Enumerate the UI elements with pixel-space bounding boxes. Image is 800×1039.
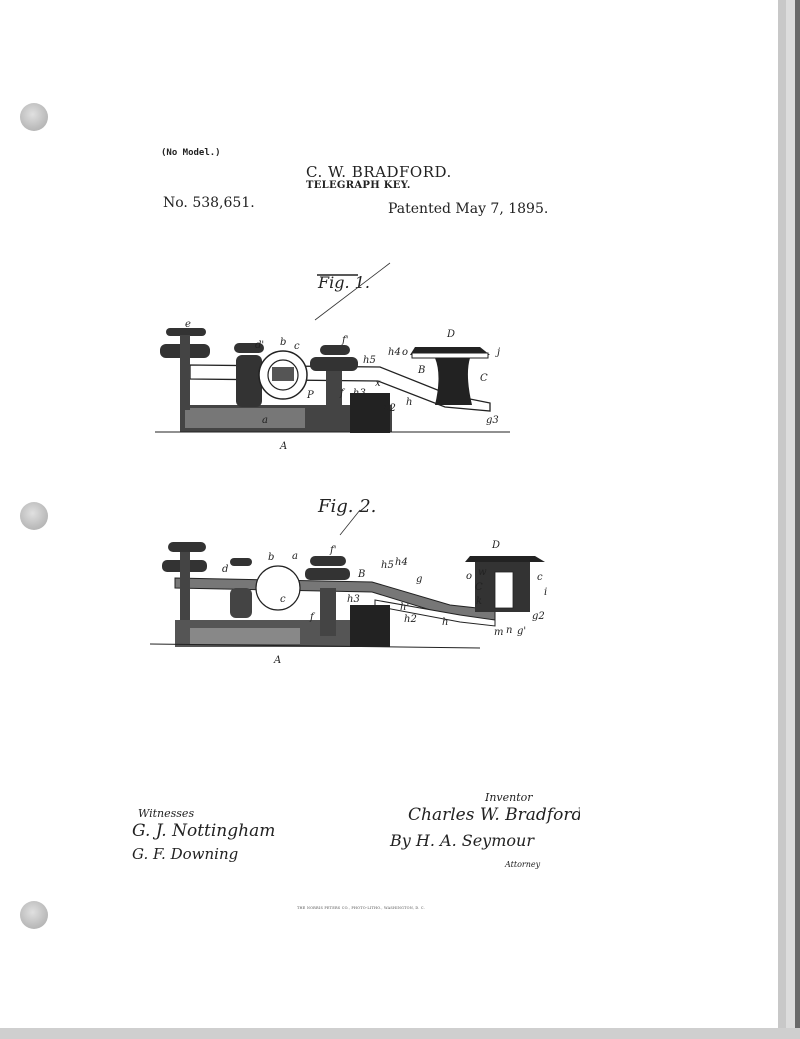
svg-text:h: h xyxy=(406,397,412,408)
inventor-signature: Charles W. Bradford xyxy=(408,805,580,825)
svg-text:m: m xyxy=(494,627,503,638)
page-bottom-edge xyxy=(0,1028,800,1039)
svg-text:g: g xyxy=(416,574,422,585)
binder-hole-bottom xyxy=(20,901,48,929)
svg-text:Fig. 1.: Fig. 1. xyxy=(317,273,370,292)
inventor-name: C. W. BRADFORD. xyxy=(306,163,452,181)
binder-hole-middle xyxy=(20,502,48,530)
svg-text:h2: h2 xyxy=(404,614,417,625)
svg-text:h2: h2 xyxy=(383,403,396,414)
patent-title: TELEGRAPH KEY. xyxy=(306,180,411,191)
svg-text:e: e xyxy=(185,319,191,330)
svg-text:g3: g3 xyxy=(486,415,499,426)
svg-text:c: c xyxy=(537,572,543,583)
svg-text:j: j xyxy=(495,347,500,358)
svg-text:A: A xyxy=(279,441,287,452)
figure-2-drawing: Fig. 2. d b a f' B h5 h4 g D o w C k i c… xyxy=(150,480,570,670)
svg-text:h5: h5 xyxy=(381,560,394,571)
svg-text:c: c xyxy=(280,594,286,605)
svg-text:Fig. 2.: Fig. 2. xyxy=(317,496,376,517)
patent-number: No. 538,651. xyxy=(163,195,255,211)
svg-text:D: D xyxy=(446,329,455,340)
svg-text:B: B xyxy=(357,569,365,580)
svg-text:f': f' xyxy=(329,545,336,556)
model-note: (No Model.) xyxy=(161,148,221,158)
figure-1-drawing: Fig. 1. e d' b c f' h5 h4 B D o j x C P … xyxy=(150,255,570,465)
svg-text:h3: h3 xyxy=(353,388,366,399)
svg-text:b: b xyxy=(268,552,274,563)
svg-text:a: a xyxy=(262,415,268,426)
signature-block: Witnesses G. J. Nottingham G. F. Downing… xyxy=(120,780,580,890)
svg-text:i: i xyxy=(544,587,547,598)
inventor-label: Inventor xyxy=(484,791,533,804)
svg-text:h': h' xyxy=(400,602,409,613)
svg-text:n: n xyxy=(506,625,512,636)
page-edge-dark xyxy=(795,0,800,1039)
svg-text:P: P xyxy=(306,390,314,401)
witness-2-signature: G. F. Downing xyxy=(132,845,238,863)
svg-text:A: A xyxy=(273,655,281,666)
patent-date: Patented May 7, 1895. xyxy=(388,201,548,217)
svg-text:B: B xyxy=(417,365,425,376)
svg-text:f: f xyxy=(339,388,346,399)
attorney-label: Attorney xyxy=(504,860,541,869)
svg-text:x: x xyxy=(375,378,381,389)
svg-text:d': d' xyxy=(255,340,264,351)
svg-text:o: o xyxy=(466,571,472,582)
svg-text:h4: h4 xyxy=(388,347,401,358)
svg-text:w: w xyxy=(478,567,487,578)
svg-text:g': g' xyxy=(517,626,526,637)
figure-1-caption: Fig. 1. xyxy=(315,263,390,320)
svg-text:g2: g2 xyxy=(532,611,545,622)
svg-text:h3: h3 xyxy=(347,594,360,605)
svg-text:c: c xyxy=(294,341,300,352)
svg-text:D: D xyxy=(491,540,500,551)
svg-text:d: d xyxy=(222,564,228,575)
svg-text:h: h xyxy=(442,617,448,628)
svg-text:C: C xyxy=(475,582,483,593)
svg-text:h5: h5 xyxy=(363,355,376,366)
printer-imprint: THE NORRIS PETERS CO., PHOTO-LITHO., WAS… xyxy=(297,906,425,910)
binder-hole-top xyxy=(20,103,48,131)
svg-text:k: k xyxy=(476,596,482,607)
witness-1-signature: G. J. Nottingham xyxy=(132,821,275,841)
svg-text:o: o xyxy=(402,347,408,358)
figure-2-caption: Fig. 2. xyxy=(317,496,376,535)
svg-text:C: C xyxy=(480,373,488,384)
page-edge-shadow xyxy=(778,0,786,1039)
svg-text:h4: h4 xyxy=(395,557,408,568)
witnesses-label: Witnesses xyxy=(138,807,194,820)
svg-text:b: b xyxy=(280,337,286,348)
attorney-signature: By H. A. Seymour xyxy=(389,831,535,850)
svg-text:f': f' xyxy=(341,335,348,346)
svg-text:a: a xyxy=(292,551,298,562)
